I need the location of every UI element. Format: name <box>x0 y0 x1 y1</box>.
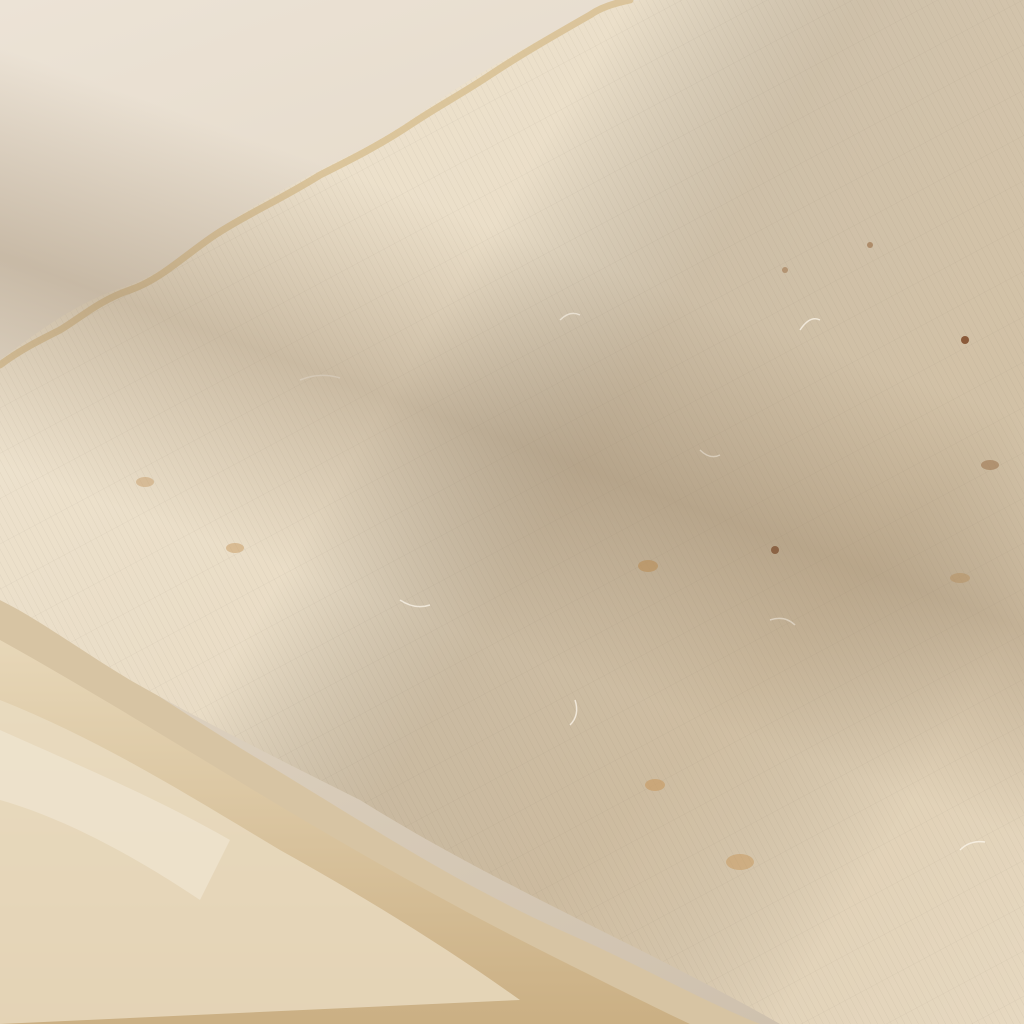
photo-scene: Close-up of cream-colored handmade paper… <box>0 0 1024 1024</box>
light-shadow-overlay <box>0 0 1024 1024</box>
